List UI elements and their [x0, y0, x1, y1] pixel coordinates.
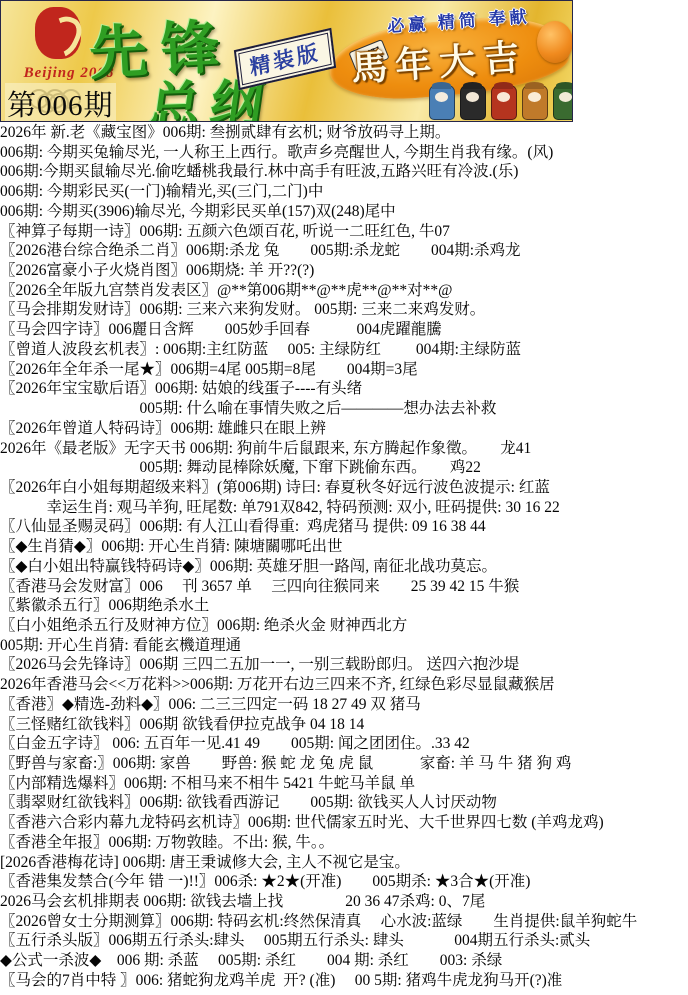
- text-line: [2026香港梅花诗] 006期: 唐王秉诚修大会, 主人不视它是宝。: [0, 853, 688, 873]
- orange-ball-icon: [537, 21, 573, 63]
- text-line: 〖香港六合彩内幕九龙特码玄机诗〗006期: 世代儒家五时光、大千世界四七数 (羊…: [0, 813, 688, 833]
- text-line: 〖香港集发禁合(今年 错 一)!!〗006杀: ★2★(开准) 005期杀: ★…: [0, 872, 688, 892]
- text-line: 2026年 新.老《藏宝图》006期: 叁捌贰肆有玄机; 财爷放码寻上期。: [0, 123, 688, 143]
- masthead-banner: Beijing 2008 先锋 总纲 第006期 精装版 必赢 精简 奉献 長跟…: [0, 0, 573, 122]
- text-line: 〖2026曾女士分期测算〗006期: 特码玄机:终然保清真 心水波:蓝绿 生肖提…: [0, 912, 688, 932]
- text-line: 005期: 什么喻在事情失败之后————想办法去补救: [0, 399, 688, 419]
- mascot-blue-icon: [429, 85, 455, 120]
- text-line: 〖2026年宝宝歇后语〗006期: 姑娘的线蛋子----有头绪: [0, 379, 688, 399]
- edition-badge: 精装版: [234, 28, 336, 90]
- text-line: 2026年《最老版》无字天书 006期: 狗前牛后鼠跟来, 东方腾起作象徵。 龙…: [0, 439, 688, 459]
- text-line: 〖香港马会发财富〗006 刊 3657 单 三四向往猴同来 25 39 42 1…: [0, 577, 688, 597]
- text-line: 〖香港全年报〗006期: 万物敦睦。不出: 猴, 牛。。: [0, 833, 688, 853]
- text-line: 〖2026年全年杀一尾★〗006期=4尾 005期=8尾 004期=3尾: [0, 360, 688, 380]
- mascot-red-icon: [491, 85, 517, 120]
- text-line: 〖香港〗◆精选-劲料◆〗006: 二三三四定一码 18 27 49 双 猪马: [0, 695, 688, 715]
- beijing-2008-emblem-icon: [31, 7, 85, 65]
- text-line: 2026年香港马会<<万花料>>006期: 万花开右边三四来不齐, 红绿色彩尽显…: [0, 675, 688, 695]
- text-line: 005期: 舞动昆棒除妖魔, 下窜下跳偷东西。 鸡22: [0, 458, 688, 478]
- text-line: 幸运生肖: 观马羊狗, 旺尾数: 单791双842, 特码预测: 双小, 旺码提…: [0, 498, 688, 518]
- text-line: 〖马会四字诗〗006麗日含辉 005妙手回春 004虎躍龍騰: [0, 320, 688, 340]
- text-line: 〖神算子每期一诗〗006期: 五颜六色颂百花, 听说一二旺红色, 牛07: [0, 222, 688, 242]
- text-line: ◆公式一杀波◆ 006 期: 杀蓝 005期: 杀红 004 期: 杀红 003…: [0, 951, 688, 971]
- red-seal-icon: [35, 7, 81, 59]
- text-line: 〖2026马会先锋诗〗006期 三四二五加一一, 一别三载盼郎归。 送四六抱沙堤: [0, 655, 688, 675]
- text-line: 006期: 今期彩民买(一门)输精光,买(三门,二门)中: [0, 182, 688, 202]
- text-line: 〖2026年白小姐每期超级来料〗(第006期) 诗曰: 春夏秋冬好远行波色波提示…: [0, 478, 688, 498]
- text-line: 〖野兽与家畜:〗006期: 家兽 野兽: 猴 蛇 龙 兔 虎 鼠 家畜: 羊 马…: [0, 754, 688, 774]
- text-line: 006期: 今期买兔输尽光, 一人称王上西行。歌声乡亮醒世人, 今期生肖我有缘。…: [0, 143, 688, 163]
- issue-number: 第006期: [5, 83, 116, 122]
- text-line: 2026马会玄机排期表 006期: 欲钱去墙上找 20 36 47杀鸡: 0、7…: [0, 892, 688, 912]
- text-line: 006期: 今期买(3906)输尽光, 今期彩民买单(157)双(248)尾中: [0, 202, 688, 222]
- text-line: 〖翡翠财红欲钱料〗006期: 欲钱看西游记 005期: 欲钱买人人讨厌动物: [0, 793, 688, 813]
- text-line: 〖2026年曾道人特码诗〗006期: 雄雌只在眼上辨: [0, 419, 688, 439]
- content-lines: 2026年 新.老《藏宝图》006期: 叁捌贰肆有玄机; 财爷放码寻上期。006…: [0, 123, 688, 991]
- text-line: 〖2026全年版九宫禁肖发表区〗@**第006期**@**虎**@**对**@: [0, 281, 688, 301]
- text-line: 〖2026富豪小子火烧肖图〗006期烧: 羊 开??(?): [0, 261, 688, 281]
- text-line: 005期: 开心生肖猜: 看能玄機道理通: [0, 636, 688, 656]
- text-line: 〖◆生肖猜◆〗006期: 开心生肖猜: 陳塘關哪吒出世: [0, 537, 688, 557]
- text-line: 〖紫徽杀五行〗006期绝杀水土: [0, 596, 688, 616]
- text-line: 〖曾道人波段玄机表〗: 006期:主红防蓝 005: 主绿防红 004期:主绿防…: [0, 340, 688, 360]
- fuwa-mascots-icon: [429, 85, 573, 120]
- text-line: 〖内部精选爆料〗006期: 不相马来不相牛 5421 牛蛇马羊鼠 单: [0, 774, 688, 794]
- text-line: 006期:今期买鼠输尽光.偷吃蟠桃我最行.林中高手有旺波,五路兴旺有冷波.(乐): [0, 162, 688, 182]
- text-line: 〖马会的7肖中特 〗006: 猪蛇狗龙鸡羊虎 开? (准) 00 5期: 猪鸡牛…: [0, 971, 688, 991]
- text-line: 〖白小姐绝杀五行及财神方位〗006期: 绝杀火金 财神西北方: [0, 616, 688, 636]
- text-line: 〖◆白小姐出特赢钱特码诗◆〗006期: 英雄牙胆一路闯, 南征北战功莫忘。: [0, 557, 688, 577]
- mascot-panda-icon: [460, 85, 486, 120]
- text-line: 〖马会排期发财诗〗006期: 三来六来狗发财。 005期: 三来二来鸡发财。: [0, 300, 688, 320]
- text-line: 〖白金五字诗〗 006: 五百年一见.41 49 005期: 闻之团团住。.33…: [0, 734, 688, 754]
- text-line: 〖2026港台综合绝杀二肖〗006期:杀龙 兔 005期:杀龙蛇 004期:杀鸡…: [0, 241, 688, 261]
- mascot-green-icon: [553, 85, 573, 120]
- text-line: 〖三怪赌红欲钱料〗006期 欲钱看伊拉克战争 04 18 14: [0, 715, 688, 735]
- mascot-orange-icon: [522, 85, 548, 120]
- text-line: 〖八仙显圣赐灵码〗006期: 有人江山看得重: 鸡虎猪马 提供: 09 16 3…: [0, 517, 688, 537]
- text-line: 〖五行杀头版〗006期五行杀头:肆头 005期五行杀头: 肆头 004期五行杀头…: [0, 931, 688, 951]
